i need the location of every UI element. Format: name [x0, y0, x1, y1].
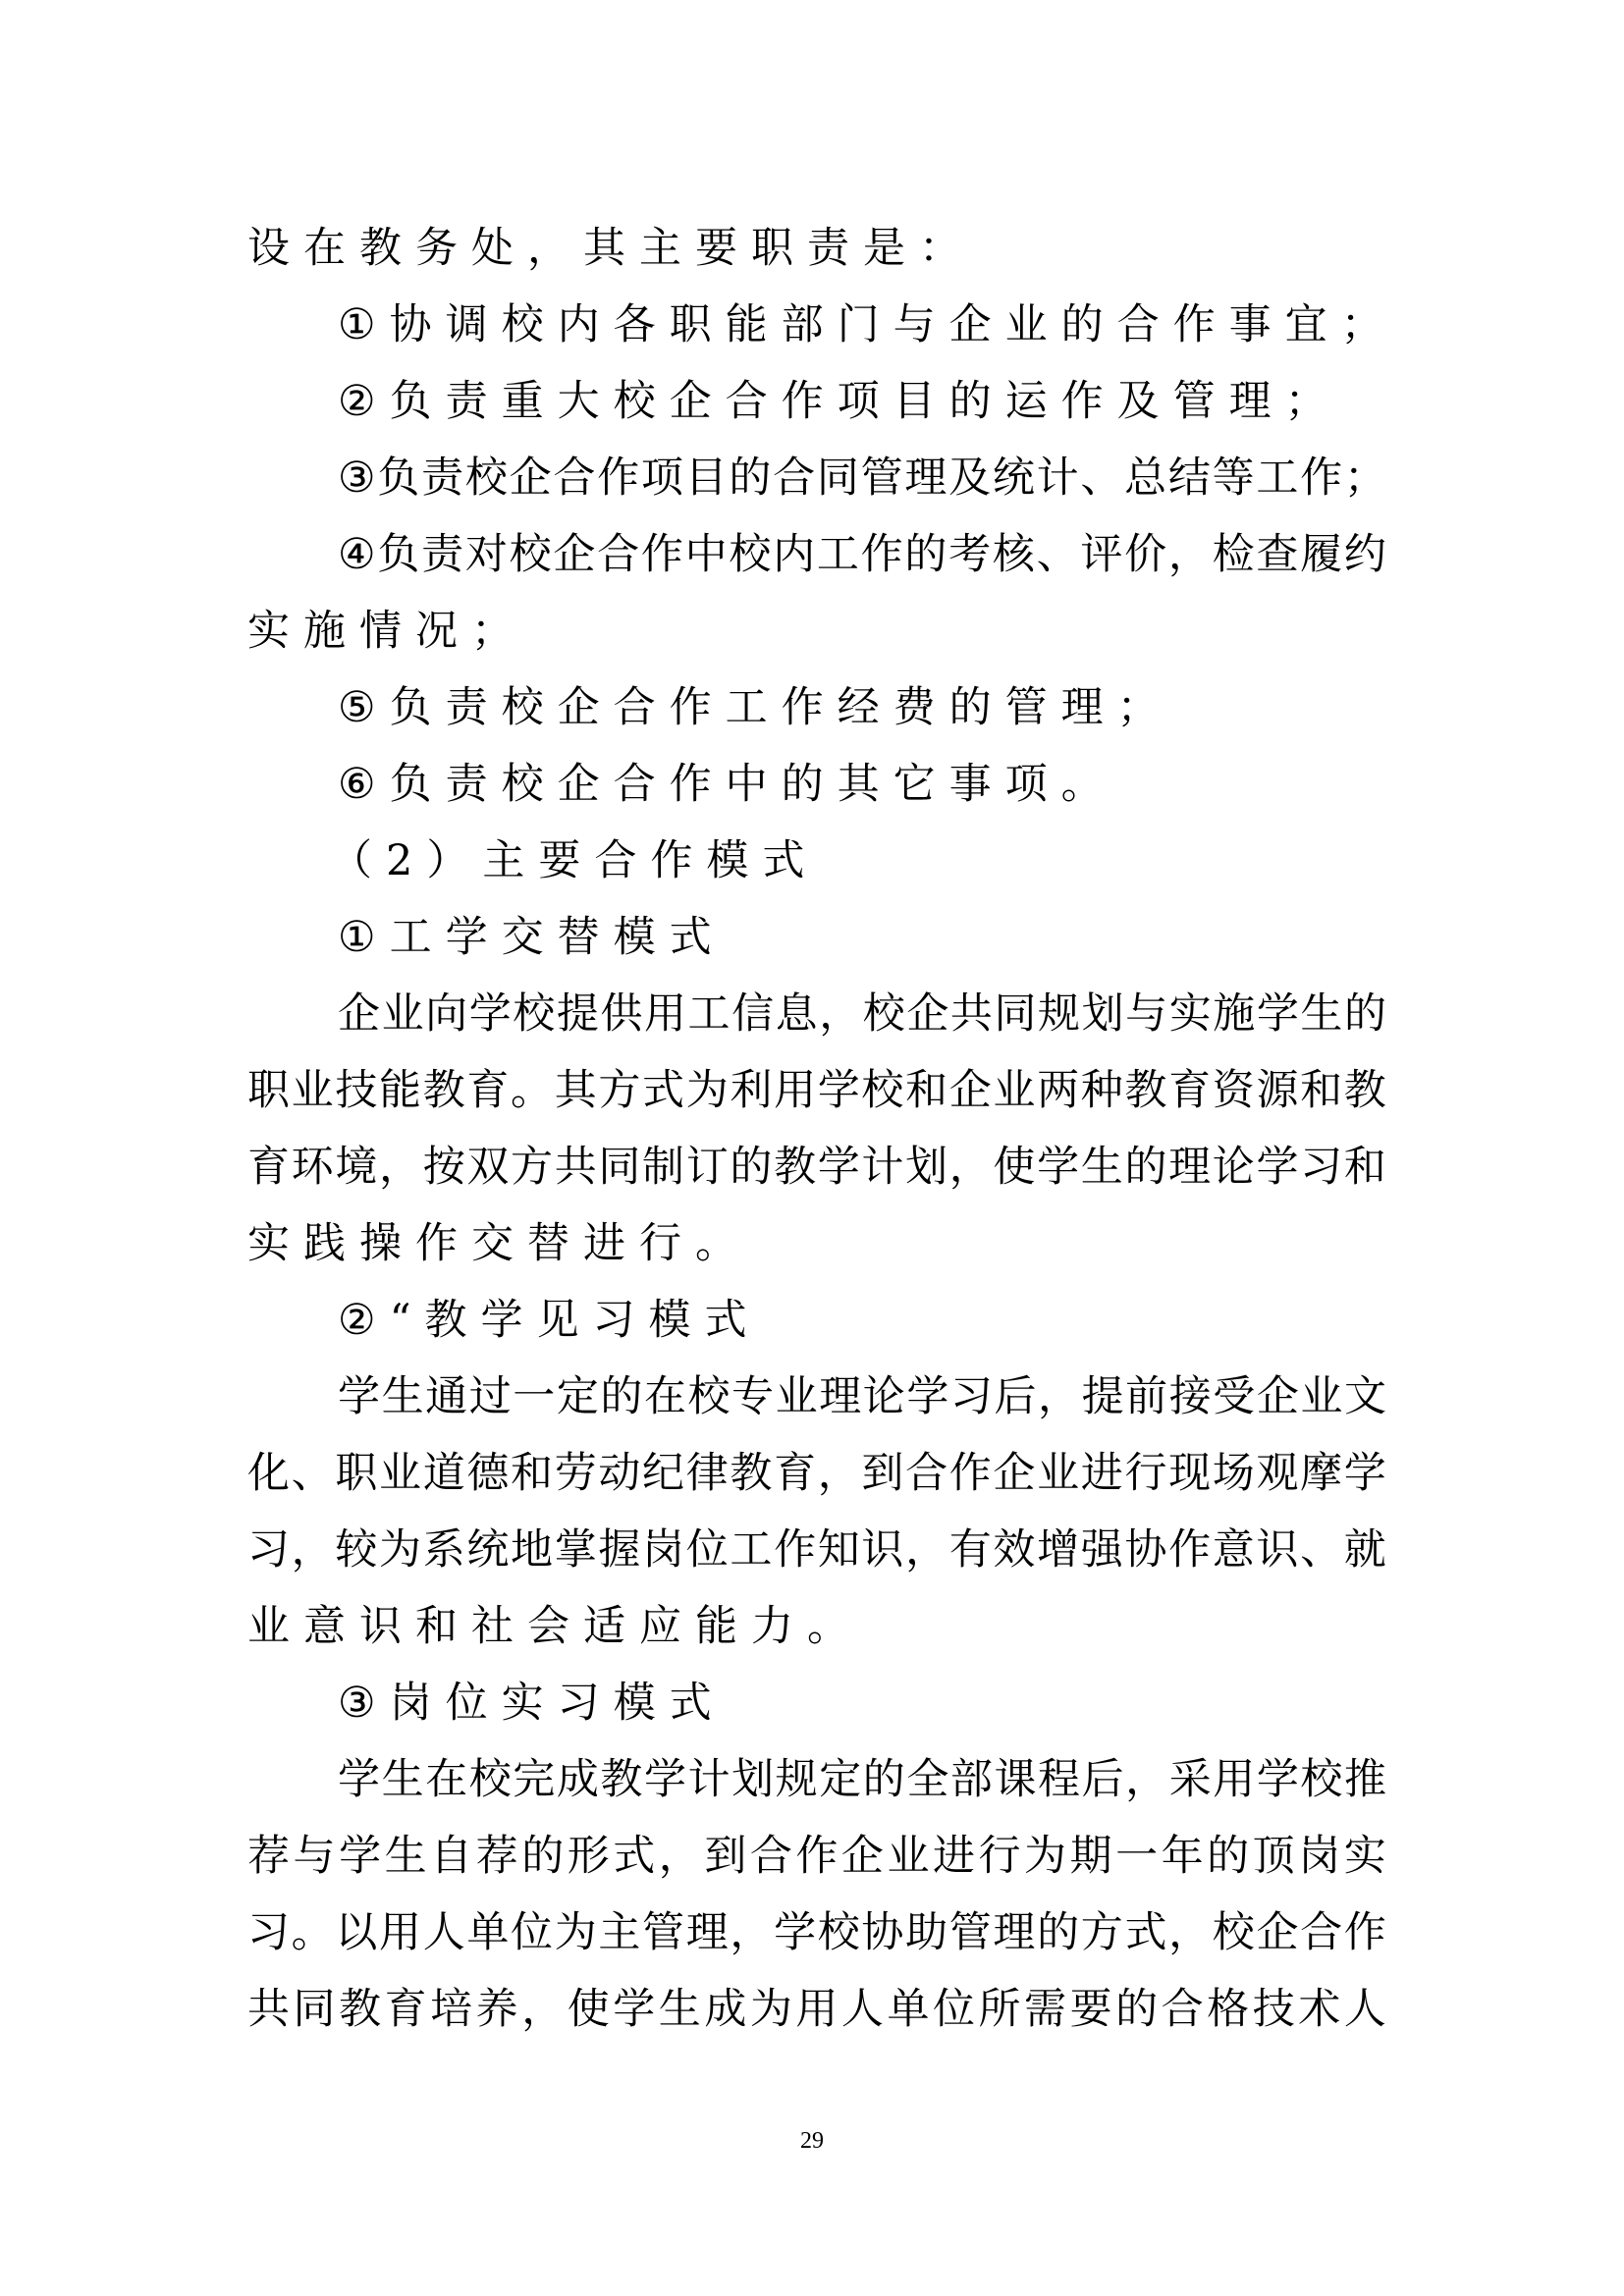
text-line: ⑤负责校企合作工作经费的管理；: [247, 669, 1386, 746]
text-line: ③负责校企合作项目的合同管理及统计、总结等工作；: [247, 440, 1386, 516]
section-heading: （2）主要合作模式: [247, 823, 1386, 899]
subsection-heading: ② “教学见习模式: [247, 1282, 1386, 1359]
text-line: 习。以用人单位为主管理，学校协助管理的方式，校企合作: [247, 1895, 1386, 1971]
text-line: 业意识和社会适应能力。: [247, 1588, 1386, 1665]
text-line: 育环境，按双方共同制订的教学计划，使学生的理论学习和: [247, 1129, 1386, 1205]
text-line: 企业向学校提供用工信息，校企共同规划与实施学生的: [247, 976, 1386, 1052]
text-line: 化、职业道德和劳动纪律教育，到合作企业进行现场观摩学: [247, 1435, 1386, 1512]
subsection-heading: ③岗位实习模式: [247, 1665, 1386, 1741]
text-line: ①协调校内各职能部门与企业的合作事宜；: [247, 287, 1386, 363]
text-line: 习，较为系统地掌握岗位工作知识，有效增强协作意识、就: [247, 1512, 1386, 1588]
subsection-heading: ①工学交替模式: [247, 899, 1386, 976]
text-line: 实践操作交替进行。: [247, 1205, 1386, 1282]
text-line: 学生在校完成教学计划规定的全部课程后，采用学校推: [247, 1741, 1386, 1818]
text-line: ④负责对校企合作中校内工作的考核、评价，检查履约: [247, 516, 1386, 593]
page-number: 29: [0, 2128, 1624, 2155]
text-line: ⑥负责校企合作中的其它事项。: [247, 746, 1386, 823]
text-line: 学生通过一定的在校专业理论学习后，提前接受企业文: [247, 1359, 1386, 1435]
text-line: 荐与学生自荐的形式，到合作企业进行为期一年的顶岗实: [247, 1818, 1386, 1895]
text-line: 职业技能教育。其方式为利用学校和企业两种教育资源和教: [247, 1052, 1386, 1129]
text-line: ②负责重大校企合作项目的运作及管理；: [247, 363, 1386, 440]
document-page: 设在教务处，其主要职责是： ①协调校内各职能部门与企业的合作事宜； ②负责重大校…: [0, 0, 1624, 2296]
text-line: 实施情况；: [247, 593, 1386, 669]
text-line: 共同教育培养，使学生成为用人单位所需要的合格技术人: [247, 1971, 1386, 2048]
text-line: 设在教务处，其主要职责是：: [247, 210, 1386, 287]
body-text: 设在教务处，其主要职责是： ①协调校内各职能部门与企业的合作事宜； ②负责重大校…: [247, 210, 1386, 2048]
